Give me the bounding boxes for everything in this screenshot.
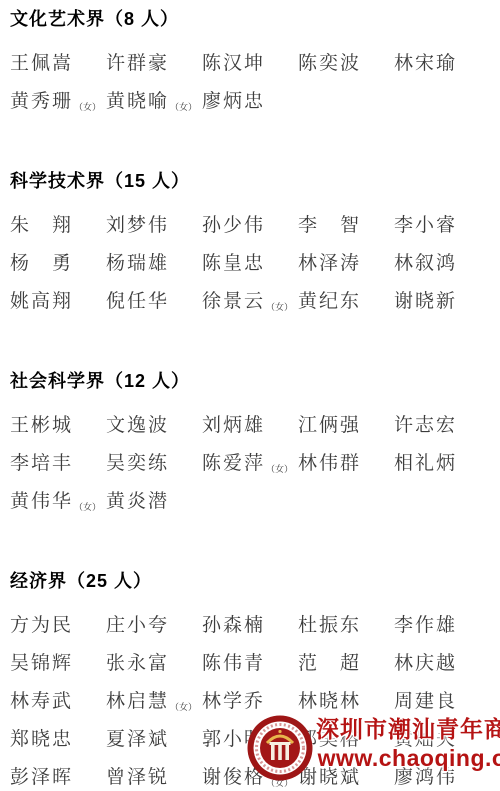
name-row: 黄秀珊（女）黄晓喻（女）廖炳忠 <box>10 80 490 118</box>
member-name: 李培丰 <box>10 448 106 475</box>
member-name: 相礼炳 <box>394 448 490 475</box>
member-name: 林伟群 <box>298 448 394 475</box>
member-name: 廖炳忠 <box>202 86 298 113</box>
member-name: 杨 勇 <box>10 248 106 275</box>
member-name: 刘炳雄 <box>202 410 298 437</box>
member-name: 陈奕波 <box>298 48 394 75</box>
member-name: 吴锦辉 <box>10 648 106 675</box>
member-name: 杨瑞雄 <box>106 248 202 275</box>
name-row: 王佩嵩许群豪陈汉坤陈奕波林宋瑜 <box>10 42 490 80</box>
name-row: 吴锦辉张永富陈伟青范 超林庆越 <box>10 642 490 680</box>
name-row: 李培丰吴奕练陈爱萍（女）林伟群相礼炳 <box>10 442 490 480</box>
member-name: 许群豪 <box>106 48 202 75</box>
member-name: 姚高翔 <box>10 286 106 313</box>
member-name: 黄伟华（女） <box>10 486 106 513</box>
member-name: 王彬城 <box>10 410 106 437</box>
name-row: 方为民庄小夸孙森楠杜振东李作雄 <box>10 604 490 642</box>
gender-note: （女） <box>170 102 197 112</box>
member-name: 朱 翔 <box>10 210 106 237</box>
member-name: 庄小夸 <box>106 610 202 637</box>
member-name: 徐景云（女） <box>202 286 298 313</box>
member-section: 文化艺术界（8 人）王佩嵩许群豪陈汉坤陈奕波林宋瑜黄秀珊（女）黄晓喻（女）廖炳忠 <box>10 6 490 118</box>
gender-note: （女） <box>266 464 293 474</box>
member-name: 林泽涛 <box>298 248 394 275</box>
member-name: 陈皇忠 <box>202 248 298 275</box>
member-name: 黄纪东 <box>298 286 394 313</box>
watermark-url-text: www.chaoqing.org <box>316 744 500 772</box>
member-name: 刘梦伟 <box>106 210 202 237</box>
member-name: 王佩嵩 <box>10 48 106 75</box>
member-name: 林寿武 <box>10 686 106 713</box>
name-row: 朱 翔刘梦伟孙少伟李 智李小睿 <box>10 204 490 242</box>
name-row: 王彬城文逸波刘炳雄江俩强许志宏 <box>10 404 490 442</box>
watermark-text-block: 深圳市潮汕青年商会 www.chaoqing.org <box>316 715 500 772</box>
section-title: 社会科学界（12 人） <box>10 368 490 394</box>
member-name: 黄炎潜 <box>106 486 202 513</box>
member-name: 林启慧（女） <box>106 686 202 713</box>
member-name: 文逸波 <box>106 410 202 437</box>
member-name: 夏泽斌 <box>106 724 202 751</box>
watermark: 深圳市潮汕青年商会 www.chaoqing.org <box>247 715 500 781</box>
name-row: 杨 勇杨瑞雄陈皇忠林泽涛林叙鸿 <box>10 242 490 280</box>
member-name: 周建良 <box>394 686 490 713</box>
section-title: 科学技术界（15 人） <box>10 168 490 194</box>
member-name: 林庆越 <box>394 648 490 675</box>
member-section: 社会科学界（12 人）王彬城文逸波刘炳雄江俩强许志宏李培丰吴奕练陈爱萍（女）林伟… <box>10 368 490 518</box>
member-name: 李小睿 <box>394 210 490 237</box>
member-name: 李作雄 <box>394 610 490 637</box>
member-name: 陈汉坤 <box>202 48 298 75</box>
member-name: 孙少伟 <box>202 210 298 237</box>
member-name: 江俩强 <box>298 410 394 437</box>
member-name: 林叙鸿 <box>394 248 490 275</box>
member-name: 李 智 <box>298 210 394 237</box>
member-name: 方为民 <box>10 610 106 637</box>
org-logo-icon <box>247 715 313 781</box>
member-name: 许志宏 <box>394 410 490 437</box>
member-list: 文化艺术界（8 人）王佩嵩许群豪陈汉坤陈奕波林宋瑜黄秀珊（女）黄晓喻（女）廖炳忠… <box>0 0 500 791</box>
member-name: 彭泽晖 <box>10 762 106 789</box>
member-name: 黄晓喻（女） <box>106 86 202 113</box>
member-name: 郑晓忠 <box>10 724 106 751</box>
name-row: 黄伟华（女）黄炎潜 <box>10 480 490 518</box>
member-name: 孙森楠 <box>202 610 298 637</box>
section-title: 经济界（25 人） <box>10 568 490 594</box>
member-name: 林学乔 <box>202 686 298 713</box>
member-name: 范 超 <box>298 648 394 675</box>
name-row: 姚高翔倪任华徐景云（女）黄纪东谢晓新 <box>10 280 490 318</box>
member-name: 谢晓新 <box>394 286 490 313</box>
member-name: 倪任华 <box>106 286 202 313</box>
member-name: 林晓林 <box>298 686 394 713</box>
section-title: 文化艺术界（8 人） <box>10 6 490 32</box>
member-section: 科学技术界（15 人）朱 翔刘梦伟孙少伟李 智李小睿杨 勇杨瑞雄陈皇忠林泽涛林叙… <box>10 168 490 318</box>
gender-note: （女） <box>170 702 197 712</box>
member-name: 黄秀珊（女） <box>10 86 106 113</box>
gender-note: （女） <box>74 102 101 112</box>
member-name: 林宋瑜 <box>394 48 490 75</box>
member-name: 陈伟青 <box>202 648 298 675</box>
watermark-org-text: 深圳市潮汕青年商会 <box>316 715 500 744</box>
member-name: 曾泽锐 <box>106 762 202 789</box>
member-name: 吴奕练 <box>106 448 202 475</box>
member-name: 陈爱萍（女） <box>202 448 298 475</box>
gender-note: （女） <box>74 502 101 512</box>
member-name: 张永富 <box>106 648 202 675</box>
member-name: 杜振东 <box>298 610 394 637</box>
gender-note: （女） <box>266 302 293 312</box>
name-row: 林寿武林启慧（女）林学乔林晓林周建良 <box>10 680 490 718</box>
